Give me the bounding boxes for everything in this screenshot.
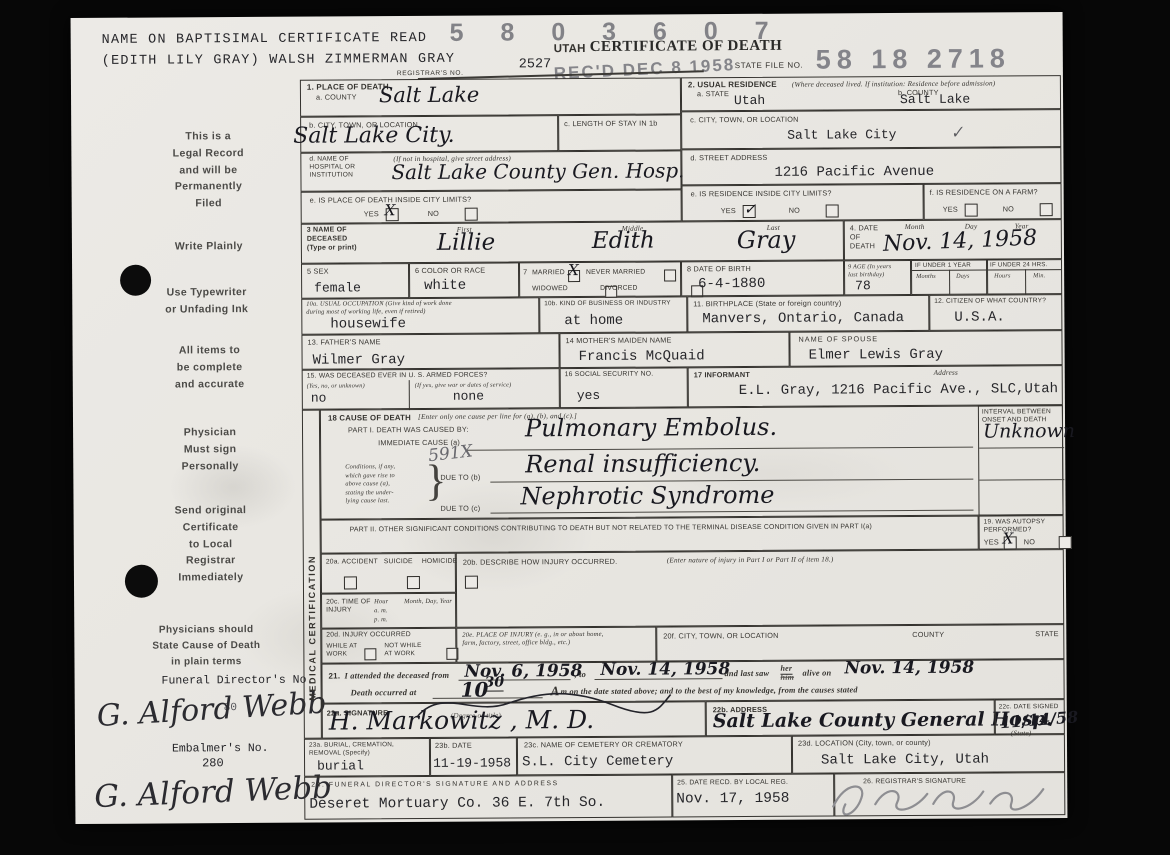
burial-date-label: 23b. DATE — [435, 741, 472, 750]
field-funeral-director: 24. FUNERAL DIRECTOR'S SIGNATURE AND ADD… — [304, 774, 672, 819]
months-label: Months — [916, 273, 936, 281]
field-burial: 23a. BURIAL, CREMATION, REMOVAL (Specify… — [304, 738, 430, 777]
funeral-director-value: Deseret Mortuary Co. 36 E. 7th So. — [309, 795, 605, 813]
margin-note-legal-record: This is a Legal Record and will be Perma… — [118, 128, 299, 213]
field-part2: PART II. OTHER SIGNIFICANT CONDITIONS CO… — [321, 516, 979, 554]
armed-value: no — [311, 391, 327, 406]
field-age: 9 AGE (In years last birthday) 78 — [844, 260, 911, 295]
burial-location-state-label: (State) — [1011, 729, 1032, 738]
accident-label: 20a. ACCIDENT — [326, 558, 378, 567]
farm-yes-checkbox — [965, 204, 978, 217]
autopsy-yes-checkbox: X — [1004, 537, 1017, 550]
place-title: 1. PLACE OF DEATH — [307, 82, 389, 93]
burial-location-label: 23d. LOCATION (City, town, or county) — [798, 738, 931, 748]
x-mark: X — [385, 201, 396, 219]
business-value: at home — [564, 313, 623, 329]
cause-c-value: Nephrotic Syndrome — [520, 481, 774, 511]
baptismal-name-line2: (EDITH LILY GRAY) WALSH ZIMMERMAN GRAY — [102, 52, 456, 69]
field-accident-suicide-homicide: 20a. ACCIDENT SUICIDE HOMICIDE — [321, 553, 456, 594]
sex-value: female — [314, 280, 361, 295]
birth-value: 6-4-1880 — [698, 276, 765, 292]
field-birthplace: 11. BIRTHPLACE (State or foreign country… — [687, 295, 929, 332]
place-county-value: Salt Lake — [379, 83, 480, 108]
never-married-label: NEVER MARRIED — [586, 269, 645, 278]
burial-location-value: Salt Lake City, Utah — [821, 752, 989, 769]
business-label: 10b. KIND OF BUSINESS OR INDUSTRY — [544, 299, 671, 308]
place-of-injury-label: 20e. PLACE OF INJURY (e. g., in or about… — [462, 631, 603, 648]
race-value: white — [424, 278, 466, 294]
field-cemetery: 23c. NAME OF CEMETERY OR CREMATORY S.L. … — [517, 736, 792, 776]
street-address-label: d. STREET ADDRESS — [690, 153, 767, 163]
mother-label: 14 MOTHER'S MAIDEN NAME — [565, 335, 671, 345]
margin-note-complete: All items to be complete and accurate — [119, 342, 299, 393]
attend-num: 21. — [328, 671, 340, 681]
field-father-name: 13. FATHER'S NAME Wilmer Gray — [301, 333, 559, 370]
length-of-stay-label: c. LENGTH OF STAY IN 1b — [564, 119, 657, 129]
margin-note-physician-sign: Physician Must sign Personally — [120, 424, 300, 475]
widowed-label: WIDOWED — [532, 285, 568, 294]
field-date-of-death: 4. DATE OF DEATH Month Day Year Nov. 14,… — [844, 219, 1062, 260]
baptismal-name-line1: NAME ON BAPTISIMAL CERTIFICATE READ — [102, 31, 428, 48]
due-to-c-label: DUE TO (c) — [440, 504, 480, 513]
residence-city-value: Salt Lake City — [787, 127, 896, 143]
place-county-label: a. COUNTY — [316, 92, 357, 101]
father-value: Wilmer Gray — [313, 352, 406, 369]
first-name-value: Lillie — [437, 230, 495, 256]
field-place-of-death: 1. PLACE OF DEATH a. COUNTY Salt Lake — [300, 77, 681, 116]
occupation-value: housewife — [330, 316, 406, 332]
field-place-city-limits: e. IS PLACE OF DEATH INSIDE CITY LIMITS?… — [301, 189, 682, 223]
margin-note-plain-terms: Physicians should State Cause of Death i… — [101, 622, 311, 671]
field-residence-city: c. CITY, TOWN, OR LOCATION Salt Lake Cit… — [681, 109, 1061, 149]
birthplace-label: 11. BIRTHPLACE (State or foreign country… — [693, 298, 841, 308]
margin-note-typewriter: Use Typewriter or Unfading Ink — [109, 284, 304, 319]
medical-certification-label: MEDICAL CERTIFICATION — [306, 441, 318, 701]
injury-county-label: COUNTY — [912, 630, 944, 639]
cemetery-label: 23c. NAME OF CEMETERY OR CREMATORY — [524, 739, 683, 749]
last-name-value: Gray — [737, 226, 796, 254]
under1-label: IF UNDER 1 YEAR — [915, 262, 971, 270]
cause-title: 18 CAUSE OF DEATH — [328, 413, 411, 423]
date-received-value: Nov. 17, 1958 — [676, 791, 789, 808]
medical-certification-strip: MEDICAL CERTIFICATION — [302, 410, 322, 739]
field-date-of-birth: 8 DATE OF BIRTH 6-4-1880 — [681, 260, 844, 296]
state-file-number-stamp: 58 18 2718 — [816, 43, 1011, 75]
no-label: NO — [428, 209, 439, 218]
field-color-or-race: 6 COLOR OR RACE white — [409, 262, 519, 298]
days-label: Days — [956, 273, 970, 281]
due-to-b-label: DUE TO (b) — [440, 473, 480, 482]
field-date-received: 25. DATE RECD. BY LOCAL REG. Nov. 17, 19… — [672, 773, 834, 817]
field-if-under-1-year: IF UNDER 1 YEAR Months Days — [911, 260, 987, 295]
occupation-label: 10a. USUAL OCCUPATION (Give kind of work… — [306, 300, 452, 317]
yes-label: YES — [721, 206, 736, 215]
autopsy-label: 19. WAS AUTOPSY PERFORMED? — [984, 518, 1046, 535]
attend-pre: I attended the deceased from — [344, 671, 449, 682]
field-place-of-injury: 20e. PLACE OF INJURY (e. g., in or about… — [456, 627, 656, 663]
cause-a-value: Pulmonary Embolus. — [525, 413, 777, 443]
field-how-injury-occurred: 20b. DESCRIBE HOW INJURY OCCURRED. (Ente… — [456, 549, 1064, 628]
place-city-value: Salt Lake City. — [293, 123, 454, 149]
funeral-director-label: 24. FUNERAL DIRECTOR'S SIGNATURE AND ADD… — [311, 780, 559, 790]
field-mother-name: 14 MOTHER'S MAIDEN NAME Francis McQuaid — [559, 332, 789, 368]
registrar-signature-scribble — [815, 775, 1075, 821]
yes-label: YES — [984, 537, 999, 546]
embalmer-no-value: 280 — [202, 756, 224, 770]
interval-value: Unknown — [983, 420, 1075, 443]
field-citizen: 12. CITIZEN OF WHAT COUNTRY? U.S.A. — [929, 294, 1062, 331]
name-title: 3 NAME OF DECEASED (Type or print) — [307, 226, 357, 253]
birthplace-value: Manvers, Ontario, Canada — [702, 310, 904, 327]
yes-label: YES — [364, 209, 379, 218]
conditions-note: Conditions, if any, which gave rise to a… — [345, 463, 395, 506]
field-name-of-deceased: 3 NAME OF DECEASED (Type or print) First… — [301, 220, 844, 263]
field-informant: 17 INFORMANT Address E.L. Gray, 1216 Pac… — [688, 365, 1063, 407]
divider — [409, 380, 411, 410]
not-while-at-work-label: NOT WHILE AT WORK — [384, 642, 421, 658]
middle-name-value: Edith — [592, 228, 655, 254]
residence-limits-yes-checkbox: ✓ — [743, 205, 756, 218]
x-mark: X — [568, 261, 579, 279]
under24-label: IF UNDER 24 HRS. — [990, 261, 1048, 269]
residence-state-label: a. STATE — [697, 89, 729, 98]
accident-checkbox — [344, 577, 357, 590]
death-occurred-label: Death occurred at — [351, 688, 417, 699]
field-marital-status: 7 MARRIED X NEVER MARRIED WIDOWED DIVORC… — [519, 261, 681, 297]
no-label: NO — [1003, 204, 1014, 213]
field-sex: 5 SEX female — [301, 263, 409, 299]
armed-note: (Yes, no, or unknown) — [307, 382, 365, 390]
min-label: Min. — [1033, 272, 1045, 280]
ssn-label: 16 SOCIAL SECURITY NO. — [565, 371, 654, 380]
street-address-value: 1216 Pacific Avenue — [774, 164, 934, 181]
embalmer-no-label: Embalmer's No. — [172, 742, 269, 756]
field-injury-city: 20f. CITY, TOWN, OR LOCATION COUNTY STAT… — [656, 624, 1064, 661]
divorced-label: DIVORCED — [600, 285, 638, 294]
informant-value: E.L. Gray, 1216 Pacific Ave., SLC,Utah — [739, 381, 1058, 399]
state-name: UTAH — [554, 42, 586, 57]
autopsy-no-checkbox — [1059, 536, 1072, 549]
residence-limits-no-checkbox — [826, 205, 839, 218]
cemetery-value: S.L. City Cemetery — [522, 753, 673, 770]
suicide-label: SUICIDE — [384, 558, 413, 567]
no-label: NO — [1024, 537, 1035, 546]
residence-city-label: c. CITY, TOWN, OR LOCATION — [690, 115, 799, 125]
certificate-title: CERTIFICATE OF DEATH — [590, 38, 783, 56]
spouse-label: NAME OF SPOUSE — [798, 334, 878, 344]
field-place-city: b. CITY, TOWN, OR LOCATION Salt Lake Cit… — [300, 115, 558, 153]
married-label: MARRIED — [532, 269, 565, 278]
yes-label: YES — [943, 205, 958, 214]
field-business-industry: 10b. KIND OF BUSINESS OR INDUSTRY at hom… — [539, 296, 687, 333]
sex-label: 5 SEX — [307, 267, 329, 276]
armed-value2: none — [453, 389, 484, 404]
informant-label: 17 INFORMANT — [694, 370, 750, 379]
hours-label: Hours — [994, 272, 1011, 280]
attend-on-value: Nov. 14, 1958 — [844, 658, 974, 679]
field-if-under-24-hrs: IF UNDER 24 HRS. Hours Min. — [987, 259, 1062, 294]
homicide-label: HOMICIDE — [422, 558, 458, 567]
field-injury-occurred: 20d. INJURY OCCURRED WHILE AT WORK NOT W… — [321, 628, 456, 664]
scan-background: NAME ON BAPTISIMAL CERTIFICATE READ (EDI… — [0, 0, 1170, 855]
field-time-of-injury: 20c. TIME OF INJURY Hour a. m. p. m. Mon… — [321, 593, 456, 629]
farm-no-checkbox — [1040, 203, 1053, 216]
attend-to-value: Nov. 14, 1958 — [600, 659, 730, 680]
cause-part2: PART II. OTHER SIGNIFICANT CONDITIONS CO… — [350, 523, 872, 535]
embalmer-signature: G. Alford Webb — [94, 769, 333, 815]
injury-city-label: 20f. CITY, TOWN, OR LOCATION — [663, 631, 778, 641]
injury-state-label: STATE — [1035, 629, 1058, 638]
residence-county-value: Salt Lake — [900, 92, 970, 107]
field-autopsy: 19. WAS AUTOPSY PERFORMED? YES X NO — [979, 515, 1064, 550]
field-length-of-stay: c. LENGTH OF STAY IN 1b — [558, 114, 681, 151]
field-registrar-signature: 26. REGISTRAR'S SIGNATURE — [834, 772, 1065, 816]
field-physician-signature: 22a. SIGNATURE (Degree or title) H. Mark… — [322, 701, 706, 738]
field-usual-residence: 2. USUAL RESIDENCE (Where deceased lived… — [681, 75, 1061, 111]
age-label: 9 AGE (In years last birthday) — [848, 263, 891, 279]
date-received-label: 25. DATE RECD. BY LOCAL REG. — [677, 779, 788, 788]
father-label: 13. FATHER'S NAME — [307, 337, 380, 347]
how-injury-note: (Enter nature of injury in Part I or Par… — [667, 555, 834, 565]
never-married-checkbox — [664, 269, 676, 281]
pen-checkmark: ✓ — [949, 122, 965, 143]
armed-label: 15. WAS DECEASED EVER IN U. S. ARMED FOR… — [307, 372, 488, 382]
divider — [949, 270, 951, 295]
field-street-address: d. STREET ADDRESS 1216 Pacific Avenue — [681, 147, 1061, 185]
while-at-work-label: WHILE AT WORK — [326, 642, 357, 658]
mother-value: Francis McQuaid — [579, 348, 705, 365]
married-checkbox: X — [568, 270, 580, 282]
margin-note-send-original: Send original Certificate to Local Regis… — [120, 502, 301, 587]
date-of-death-title: 4. DATE OF DEATH — [850, 223, 879, 251]
citizen-value: U.S.A. — [954, 309, 1005, 325]
field-interval: INTERVAL BETWEEN ONSET AND DEATH Unknown — [978, 405, 1064, 516]
interval-rule — [979, 479, 1064, 481]
margin-note-write-plainly: Write Plainly — [119, 238, 299, 256]
no-label: NO — [789, 206, 800, 215]
cause-b-value: Renal insufficiency. — [525, 449, 760, 478]
mdy-label: Month, Day, Year — [404, 598, 452, 606]
place-limits-yes-checkbox: X — [386, 208, 399, 221]
cause-part1: PART I. DEATH WAS CAUSED BY: — [348, 425, 469, 435]
spouse-value: Elmer Lewis Gray — [809, 347, 944, 364]
burial-value: burial — [317, 758, 364, 773]
pen-flourish — [413, 684, 673, 716]
burial-label: 23a. BURIAL, CREMATION, REMOVAL (Specify… — [309, 741, 394, 758]
citizen-label: 12. CITIZEN OF WHAT COUNTRY? — [934, 297, 1046, 306]
burial-date-value: 11-19-1958 — [433, 755, 511, 770]
x-mark: X — [1003, 530, 1014, 548]
field-hospital: d. NAME OF HOSPITAL OR INSTITUTION (If n… — [300, 150, 681, 191]
time-injury-label: 20c. TIME OF INJURY — [326, 598, 371, 615]
field-burial-location: 23d. LOCATION (City, town, or county) (S… — [792, 734, 1065, 774]
hospital-value: Salt Lake County Gen. Hosp. — [391, 158, 684, 184]
attend-mid: and last saw — [724, 669, 769, 680]
hour-label: Hour a. m. p. m. — [374, 598, 388, 625]
attend-to-line — [595, 678, 723, 680]
injury-occurred-label: 20d. INJURY OCCURRED — [326, 631, 411, 640]
hospital-label: d. NAME OF HOSPITAL OR INSTITUTION — [309, 155, 355, 180]
field-physician-address: 22b. ADDRESS Salt Lake County General Ho… — [706, 700, 995, 737]
attend-him: him — [781, 673, 795, 683]
field-burial-date: 23b. DATE 11-19-1958 — [430, 737, 517, 776]
field-residence-city-limits: e. IS RESIDENCE INSIDE CITY LIMITS? YES … — [682, 184, 924, 221]
funeral-director-signature: G. Alford Webb — [96, 686, 328, 734]
residence-farm-label: f. IS RESIDENCE ON A FARM? — [930, 187, 1038, 197]
field-usual-occupation: 10a. USUAL OCCUPATION (Give kind of work… — [301, 297, 539, 334]
interval-rule — [979, 447, 1064, 449]
divider — [1025, 269, 1027, 294]
date-of-death-value: Nov. 14, 1958 — [882, 226, 1037, 257]
field-ssn: 16 SOCIAL SECURITY NO. yes — [560, 367, 688, 408]
residence-limits-label: e. IS RESIDENCE INSIDE CITY LIMITS? — [691, 188, 832, 198]
how-injury-label: 20b. DESCRIBE HOW INJURY OCCURRED. — [463, 557, 618, 567]
field-spouse-name: NAME OF SPOUSE Elmer Lewis Gray — [789, 330, 1062, 367]
check-mark: ✓ — [744, 200, 757, 218]
informant-address-label: Address — [934, 369, 958, 378]
state-file-label: STATE FILE NO. — [735, 61, 804, 71]
attend-to-word: , to — [574, 670, 586, 681]
registrars-no-value: 2527 — [519, 57, 551, 72]
race-label: 6 COLOR OR RACE — [415, 266, 485, 276]
field-armed-forces: 15. WAS DECEASED EVER IN U. S. ARMED FOR… — [302, 368, 560, 410]
residence-state-value: Utah — [734, 93, 765, 108]
certificate-content: NAME ON BAPTISIMAL CERTIFICATE READ (EDI… — [0, 0, 1170, 855]
marital-num: 7 — [523, 267, 527, 276]
ssn-value: yes — [577, 388, 600, 403]
place-limits-no-checkbox — [465, 208, 478, 221]
field-residence-farm: f. IS RESIDENCE ON A FARM? YES NO — [924, 183, 1062, 220]
birth-label: 8 DATE OF BIRTH — [687, 264, 751, 273]
attend-alive: alive on — [802, 668, 831, 679]
age-value: 78 — [855, 278, 871, 293]
scanned-death-certificate: { "common": {"yes": "YES", "no": "NO"}, … — [0, 0, 1170, 855]
suicide-checkbox — [407, 576, 420, 589]
while-at-work-checkbox — [364, 648, 376, 660]
